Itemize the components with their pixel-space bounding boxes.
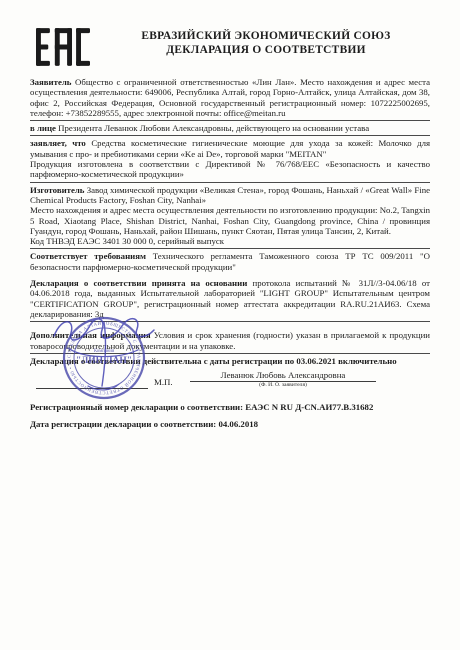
signer-name: Леванюк Любовь Александровна xyxy=(190,370,376,380)
manufacturer-paragraph: Изготовитель Завод химической продукции … xyxy=(30,185,430,206)
eac-mark-icon xyxy=(36,26,90,68)
validity-line: Декларация о соответствии действительна … xyxy=(30,356,430,366)
in-person-label: в лице xyxy=(30,123,56,133)
declares-label: заявляет, что xyxy=(30,138,86,148)
title-declaration: ДЕКЛАРАЦИЯ О СООТВЕТСТВИИ xyxy=(102,43,430,57)
section-divider xyxy=(30,120,430,121)
eac-logo xyxy=(30,26,102,68)
conforms-paragraph: Соответствует требованиям Технического р… xyxy=(30,251,430,272)
tnved-code: Код ТНВЭД ЕАЭС 3401 30 000 0, серийный в… xyxy=(30,236,430,246)
stamp-place-label: М.П. xyxy=(154,377,173,387)
signer-block: Леванюк Любовь Александровна (Ф. И. О. з… xyxy=(190,370,376,389)
additional-info-label: Дополнительная информация xyxy=(30,330,151,340)
section-divider xyxy=(30,248,430,249)
declares-text: Средства косметические гигиенические мою… xyxy=(30,138,430,158)
declaration-document: ЕВРАЗИЙСКИЙ ЭКОНОМИЧЕСКИЙ СОЮЗ ДЕКЛАРАЦИ… xyxy=(0,0,460,650)
reg-number-value: ЕАЭС N RU Д-CN.АИ77.В.31682 xyxy=(245,402,373,412)
signer-caption: (Ф. И. О. заявителя) xyxy=(190,382,376,389)
registration-date-line: Дата регистрации декларации о соответств… xyxy=(30,419,430,429)
section-divider xyxy=(30,321,430,322)
manufacturer-text: Завод химической продукции «Великая Стен… xyxy=(30,185,430,205)
conforms-label: Соответствует требованиям xyxy=(30,251,146,261)
section-divider xyxy=(30,182,430,183)
section-divider xyxy=(30,135,430,136)
additional-info-paragraph: Дополнительная информация Условия и срок… xyxy=(30,330,430,351)
basis-label: Декларация о соответствии принята на осн… xyxy=(30,278,247,288)
section-divider xyxy=(30,353,430,354)
applicant-label: Заявитель xyxy=(30,77,71,87)
manufacturer-address: Место нахождения и адрес места осуществл… xyxy=(30,205,430,236)
document-header: ЕВРАЗИЙСКИЙ ЭКОНОМИЧЕСКИЙ СОЮЗ ДЕКЛАРАЦИ… xyxy=(30,26,430,68)
registration-number-line: Регистрационный номер декларации о соотв… xyxy=(30,402,430,412)
reg-date-value: 04.06.2018 xyxy=(218,419,258,429)
applicant-text: Общество с ограниченной ответственностью… xyxy=(30,77,430,118)
applicant-signature-line xyxy=(36,388,148,389)
in-person-paragraph: в лице Президента Леванюк Любови Алексан… xyxy=(30,123,430,133)
manufacturer-label: Изготовитель xyxy=(30,185,84,195)
signature-row: М.П. Леванюк Любовь Александровна (Ф. И.… xyxy=(30,370,430,397)
reg-date-label: Дата регистрации декларации о соответств… xyxy=(30,419,216,429)
document-title: ЕВРАЗИЙСКИЙ ЭКОНОМИЧЕСКИЙ СОЮЗ ДЕКЛАРАЦИ… xyxy=(102,26,430,57)
applicant-paragraph: Заявитель Общество с ограниченной ответс… xyxy=(30,77,430,118)
in-person-text: Президента Леванюк Любови Александровны,… xyxy=(58,123,369,133)
basis-paragraph: Декларация о соответствии принята на осн… xyxy=(30,278,430,319)
reg-number-label: Регистрационный номер декларации о соотв… xyxy=(30,402,243,412)
title-union: ЕВРАЗИЙСКИЙ ЭКОНОМИЧЕСКИЙ СОЮЗ xyxy=(102,29,430,43)
declares-paragraph: заявляет, что Средства косметические гиг… xyxy=(30,138,430,159)
product-directive-paragraph: Продукция изготовлена в соответствии с Д… xyxy=(30,159,430,180)
